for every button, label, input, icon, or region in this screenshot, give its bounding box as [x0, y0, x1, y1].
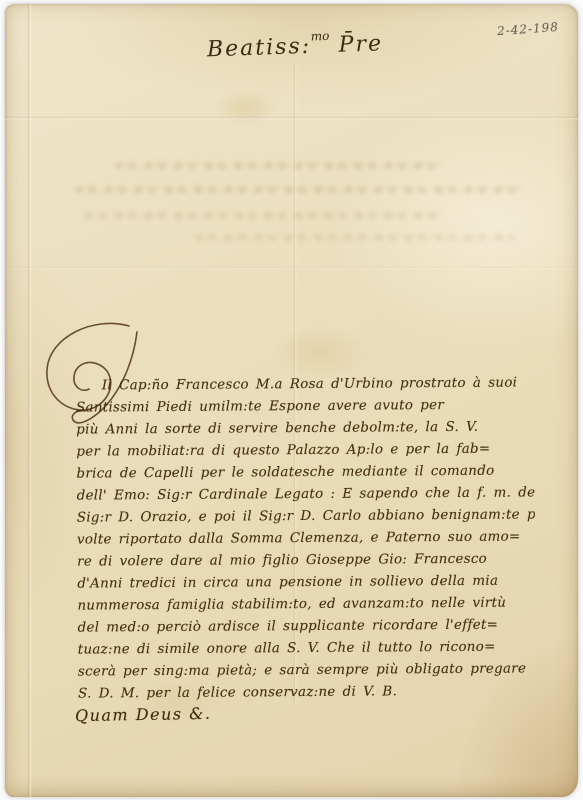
letter-body: Il Cap:ño Francesco M.a Rosa d'Urbino pr… [76, 375, 536, 708]
letter-line: del med:o perciò ardisce il supplicante … [78, 617, 536, 642]
bleedthrough-line [195, 234, 515, 241]
bleedthrough-line [75, 186, 525, 193]
letter-line: per la mobiliat:ra di questo Palazzo Ap:… [76, 441, 534, 466]
fold-crease-left [27, 4, 32, 797]
letter-line: tuaz:ne di simile onore alla S. V. Che i… [78, 639, 536, 664]
ink-bleedthrough [75, 154, 525, 254]
letter-line: dell' Emo: Sig:r Cardinale Legato : E sa… [77, 485, 535, 510]
salutation-superscript: mo [311, 29, 330, 44]
archival-number: 2-42-198 [497, 20, 560, 38]
letter-line: scerà per sing:ma pietà; e sarà sempre p… [78, 661, 536, 686]
salutation-main: Beatiss: [207, 34, 312, 63]
letter-line: nummerosa famiglia stabilim:to, ed avanz… [77, 595, 535, 620]
letter-line: Il Cap:ño Francesco M.a Rosa d'Urbino pr… [76, 375, 534, 400]
letter-line: d'Anni tredici in circa una pensione in … [77, 573, 535, 598]
letter-line: più Anni la sorte di servire benche debo… [76, 419, 534, 444]
letter-page: 2-42-198 Beatiss:mo P̄re Il Cap:ño Franc… [5, 4, 578, 797]
letter-line: Sig:r D. Orazio, e poi il Sig:r D. Carlo… [77, 507, 535, 532]
letter-line: re di volere dare al mio figlio Gioseppe… [77, 551, 535, 576]
letter-line: brica de Capelli per le soldatesche medi… [76, 463, 534, 488]
closing-formula: Quam Deus &. [75, 704, 212, 725]
letter-line: Santissimi Piedi umilm:te Espone avere a… [76, 397, 534, 422]
salutation: Beatiss:mo P̄re [175, 30, 416, 64]
bleedthrough-line [115, 162, 445, 169]
letter-line: volte riportato dalla Somma Clemenza, e … [77, 529, 535, 554]
bleedthrough-line [85, 212, 445, 219]
salutation-title: P̄re [338, 31, 383, 58]
fold-crease-top [5, 116, 578, 120]
fold-crease-middle [5, 266, 578, 269]
